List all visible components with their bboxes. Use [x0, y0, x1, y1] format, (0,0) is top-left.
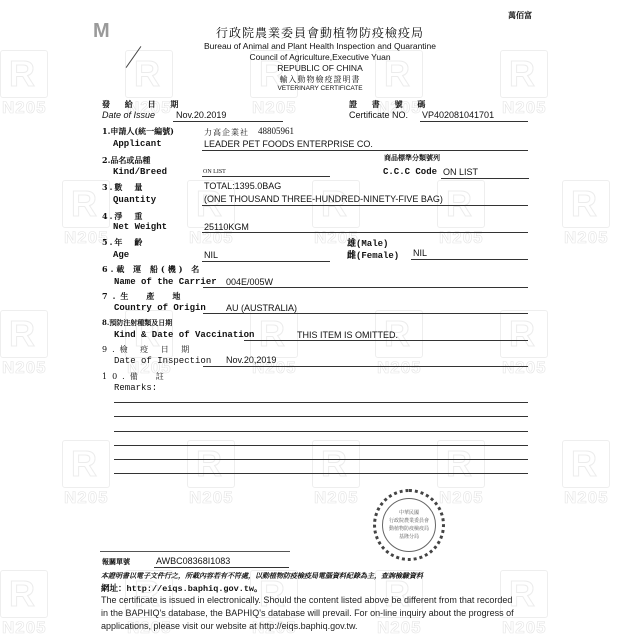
watermark-logo	[0, 570, 48, 618]
certificate-no-label-en: Certificate NO.	[349, 110, 408, 120]
vaccination-value: THIS ITEM IS OMITTED.	[297, 330, 398, 340]
certificate-no-value: VP402081041701	[422, 110, 494, 120]
watermark-text: N205	[314, 488, 359, 508]
watermark-text: N205	[439, 488, 484, 508]
female-label: 雌(Female)	[347, 248, 399, 261]
origin-value: AU (AUSTRALIA)	[226, 303, 297, 313]
net-weight-value: 25110KGM	[204, 222, 249, 232]
watermark-logo	[500, 310, 548, 358]
carrier-value: 004E/005W	[226, 277, 273, 287]
agency-title-cn: 行政院農業委員會動植物防疫檢疫局	[0, 24, 640, 41]
watermark-text: N205	[564, 488, 609, 508]
quantity-value-1: TOTAL:1395.0BAG	[204, 181, 281, 191]
footer-notice-en-1: The certificate is issued in electronica…	[101, 594, 512, 607]
remarks-label-en: Remarks:	[114, 383, 157, 393]
remark-line	[114, 402, 528, 403]
inspection-value: Nov.20,2019	[226, 355, 276, 365]
remark-line	[114, 459, 528, 460]
watermark-logo	[0, 310, 48, 358]
applicant-label-cn: 1.申請人(統一編號)	[102, 126, 174, 137]
top-right-note: 萬佰富	[508, 10, 532, 21]
vaccination-label-en: Kind & Date of Vaccination	[114, 330, 254, 340]
sex-value: NIL	[413, 248, 427, 258]
vaccination-label-cn: 8.預防注射種類及日期	[102, 318, 172, 328]
watermark-text: N205	[377, 618, 422, 638]
applicant-id-number: 48805961	[258, 126, 294, 136]
country-title: REPUBLIC OF CHINA	[0, 63, 640, 73]
issue-label-cn: 發 給 日 期	[102, 99, 184, 110]
footer-notice-en-2: in the BAPHIQ's database, the BAPHIQ's d…	[101, 607, 514, 620]
remark-line	[114, 416, 528, 417]
watermark-logo	[437, 440, 485, 488]
watermark-text: N205	[502, 618, 547, 638]
watermark-text: N205	[564, 228, 609, 248]
watermark-text: N205	[377, 358, 422, 378]
applicant-label-en: Applicant	[113, 139, 162, 149]
ccc-label-cn: 商品標準分類號列	[384, 153, 440, 163]
net-weight-label-cn: 4.淨 重	[102, 211, 144, 222]
watermark-logo	[187, 440, 235, 488]
agency-title-en: Bureau of Animal and Plant Health Inspec…	[0, 41, 640, 51]
footer-notice-cn-2: 網址：http://eiqs.baphiq.gov.tw。	[101, 582, 263, 594]
doc-title-cn: 輸入動物檢疫證明書	[0, 74, 640, 85]
applicant-company-cn: 力高企業社	[204, 127, 249, 138]
ccc-label-en: C.C.C Code	[383, 167, 437, 177]
watermark-logo	[562, 440, 610, 488]
watermark-logo	[312, 180, 360, 228]
net-weight-label-en: Net Weight	[113, 222, 167, 232]
inspection-label-cn: 9.檢 疫 日 期	[102, 344, 194, 355]
footer-notice-en-3: applications, please visit our website a…	[101, 620, 357, 633]
remark-line	[114, 445, 528, 446]
origin-label-cn: 7.生 產 地	[102, 291, 185, 302]
seal-line-4: 基隆分局	[399, 533, 419, 541]
inspection-label-en: Date of Inspection	[114, 356, 211, 366]
quantity-label-en: Quantity	[113, 195, 156, 205]
watermark-text: N205	[2, 618, 47, 638]
quantity-label-cn: 3.數 量	[102, 182, 144, 193]
carrier-label-en: Name of the Carrier	[114, 277, 217, 287]
certificate-no-label-cn: 證 書 號 碼	[349, 99, 431, 110]
watermark-text: N205	[252, 98, 297, 118]
reference-value: AWBC08368I1083	[156, 556, 230, 566]
seal-line-2: 行政院農業委員會	[389, 517, 429, 525]
age-label-cn: 5.年 齡	[102, 237, 144, 248]
reference-label-cn: 報關單號	[102, 557, 130, 567]
remarks-label-cn: 10.備 註	[102, 371, 169, 382]
kind-label-en: Kind/Breed	[113, 167, 167, 177]
watermark-layer: N205N205N205N205N205N205N205N205N205N205…	[0, 0, 640, 640]
seal-inner: 中華民國 行政院農業委員會 動植物防疫檢疫局 基隆分局	[382, 498, 436, 552]
watermark-logo	[312, 440, 360, 488]
carrier-label-cn: 6.載 運 船(機) 名	[102, 264, 202, 275]
issue-label-en: Date of Issue	[102, 110, 155, 120]
watermark-text: N205	[64, 488, 109, 508]
kind-value: ON LIST	[203, 169, 226, 175]
watermark-text: N205	[502, 358, 547, 378]
age-value: NIL	[204, 250, 218, 260]
watermark-text: N205	[2, 98, 47, 118]
footer-notice-cn-1: 本證明書以電子文件行之，所載內容若有不符處，以動植物防疫檢疫局電腦資料紀錄為主，…	[101, 571, 423, 581]
remark-line	[114, 473, 528, 474]
quantity-value-2: (ONE THOUSAND THREE-HUNDRED-NINETY-FIVE …	[204, 194, 443, 204]
watermark-text: N205	[502, 98, 547, 118]
watermark-logo	[562, 180, 610, 228]
watermark-text: N205	[189, 488, 234, 508]
watermark-logo	[437, 180, 485, 228]
watermark-logo	[250, 310, 298, 358]
official-seal: 中華民國 行政院農業委員會 動植物防疫檢疫局 基隆分局	[373, 489, 445, 561]
remark-line	[114, 431, 528, 432]
watermark-text: N205	[2, 358, 47, 378]
applicant-value: LEADER PET FOODS ENTERPRISE CO.	[204, 139, 373, 149]
origin-label-en: Country of Origin	[114, 303, 206, 313]
kind-label-cn: 2.品名或品種	[102, 155, 150, 166]
ccc-value: ON LIST	[443, 167, 478, 177]
seal-line-1: 中華民國	[399, 509, 419, 517]
watermark-logo	[62, 440, 110, 488]
watermark-text: N205	[439, 228, 484, 248]
issue-date-value: Nov.20.2019	[176, 110, 226, 120]
doc-title-en: VETERINARY CERTIFICATE	[0, 85, 640, 92]
seal-line-3: 動植物防疫檢疫局	[389, 525, 429, 533]
council-title: Council of Agriculture,Executive Yuan	[0, 52, 640, 62]
veterinary-certificate: N205N205N205N205N205N205N205N205N205N205…	[0, 0, 640, 640]
age-label-en: Age	[113, 250, 129, 260]
